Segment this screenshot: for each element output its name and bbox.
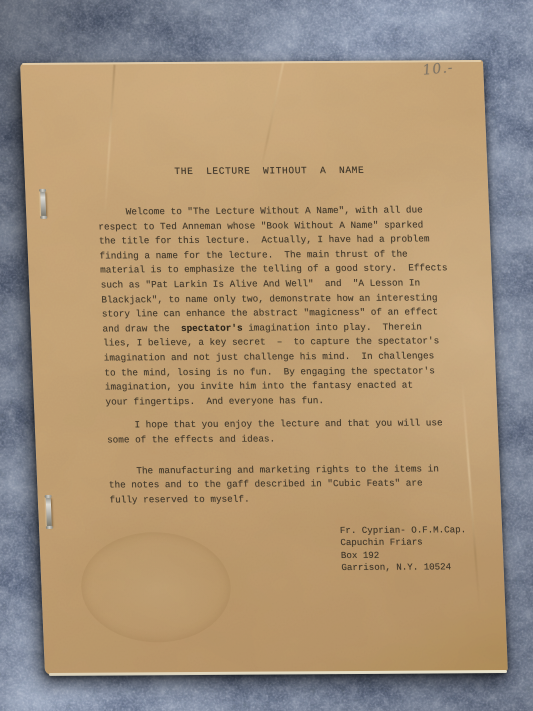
staple-icon	[40, 191, 46, 217]
typewritten-content: THE LECTURE WITHOUT A NAME Welcome to "T…	[92, 60, 459, 575]
photo-scene: 10.- THE LECTURE WITHOUT A NAME Welcome …	[0, 0, 533, 711]
signature-block: Fr. Cyprian- O.F.M.Cap. Capuchin Friars …	[340, 525, 459, 575]
document-title: THE LECTURE WITHOUT A NAME	[96, 164, 443, 177]
document-paper: 10.- THE LECTURE WITHOUT A NAME Welcome …	[20, 60, 508, 675]
paragraph-welcome: Welcome to "The Lecture Without A Name",…	[98, 203, 453, 410]
paragraph-hope: I hope that you enjoy the lecture and th…	[106, 417, 454, 448]
paragraph-rights: The manufacturing and marketing rights t…	[108, 462, 456, 508]
